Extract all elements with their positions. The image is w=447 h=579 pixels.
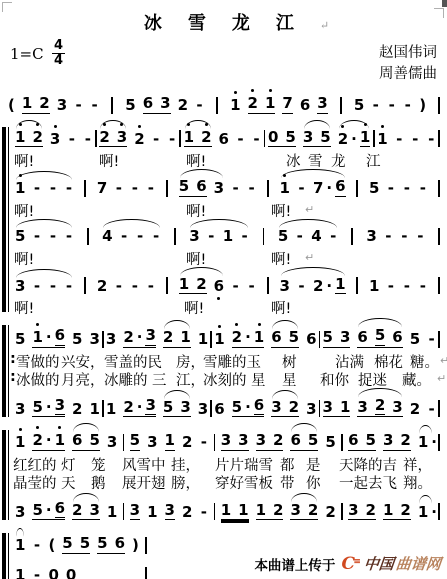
note: 5 [278, 228, 288, 245]
rest: 0 [48, 567, 58, 579]
note: 6 [115, 535, 125, 552]
duration-dash: - [130, 278, 139, 295]
site-logo: C 中国 曲谱网 [341, 553, 441, 574]
note-group: 1· [418, 504, 433, 521]
barline [319, 400, 321, 417]
duration-dash: - [32, 228, 41, 245]
note: 3 [317, 95, 327, 114]
note-group: 65 [72, 432, 100, 451]
note: 1 [214, 331, 224, 348]
note: 3 [15, 278, 25, 295]
parenthesis: ( [48, 537, 55, 554]
note: 3 [130, 502, 140, 521]
note: 4 [311, 228, 321, 245]
note-group: 5·3 [32, 397, 65, 418]
note: 6 [335, 178, 345, 197]
duration-dash: - [130, 180, 139, 197]
paragraph-mark: ↵ [320, 19, 329, 32]
note: 3 [145, 327, 155, 346]
lyric-syllable: 膀， [171, 472, 200, 493]
measure: 4--- [102, 228, 160, 245]
duration-dash: - [247, 278, 256, 295]
note-group: 31 [323, 399, 351, 418]
lyric-syllable: 啊! [14, 150, 34, 171]
system: (123--5632-1217635---) [0, 85, 447, 117]
lyric-syllable: 一起去飞 [339, 472, 397, 493]
note-group: 32 [271, 399, 299, 418]
system: 51·65332·321112·1656536565-:雪做的兴安，雪盖的民房，… [0, 317, 447, 420]
note: 5 [325, 434, 335, 451]
barline [341, 434, 343, 451]
measure: 32121· [348, 502, 433, 521]
duration-dash: - [199, 504, 208, 521]
paragraph-mark: ↵ [440, 354, 447, 367]
note: 2 [72, 502, 82, 519]
note: 6 [214, 401, 224, 418]
barline [438, 97, 440, 114]
duration-dash: - [386, 180, 395, 197]
lyric-syllable: 啊! [186, 150, 206, 171]
note: 2 [196, 276, 206, 293]
duration-dash: - [231, 278, 240, 295]
lyric-syllable: 星 [282, 369, 297, 390]
note: 5 [89, 432, 99, 449]
note: 1 [15, 537, 25, 554]
music-line: (123--5632-1217635---) [8, 85, 440, 117]
note: 1 [198, 331, 208, 348]
system: 12·16535312-333265565321·红红的灯笼风雪中挂，片片瑞雪都… [0, 422, 447, 523]
note: 1 [335, 276, 345, 295]
duration-dash: - [402, 180, 411, 197]
note: 1 [15, 180, 25, 197]
duration-dash: - [146, 278, 155, 295]
note: 1 [369, 278, 379, 295]
note-group: 1·6 [32, 327, 65, 348]
note: 1 [184, 129, 194, 146]
page-corner-mark [2, 2, 12, 12]
note-group: 1-7·6 [280, 178, 346, 197]
duration-dash: - [64, 228, 73, 245]
note-group: 5·6 [232, 397, 265, 418]
note-group: 3--- [15, 278, 73, 295]
barline [356, 277, 358, 294]
note: 2 [232, 329, 242, 346]
music-line: 1-00 [15, 557, 147, 579]
note: 2 [123, 329, 133, 346]
lyric-syllable: 啊! [14, 297, 34, 318]
lyric-syllable: 雪 [308, 150, 323, 171]
lyrics-line: 啊!啊!啊! [0, 297, 447, 315]
music-line: 35·32112·353365·6323313232- [15, 387, 440, 421]
note: 1 [106, 401, 116, 418]
duration-dash: - [386, 278, 395, 295]
lyrics-line: 啊!啊!啊!↵ [0, 200, 447, 218]
note-group: 35 [303, 129, 331, 148]
lyric-syllable: 鹅 [91, 472, 106, 493]
dot: · [46, 329, 52, 346]
note-group: 55 [62, 535, 90, 554]
duration-dash: - [64, 180, 73, 197]
lyric-syllable: 江 [366, 150, 381, 171]
note: 2 [32, 129, 42, 146]
barline [123, 503, 125, 520]
note: 6 [196, 178, 206, 195]
paragraph-mark: ↵ [305, 251, 314, 264]
barline [341, 503, 343, 520]
note: 6 [214, 278, 224, 295]
note: 5 [410, 331, 420, 348]
dot: · [137, 329, 143, 346]
note-group: 21 [248, 95, 276, 114]
note: 3 [221, 432, 231, 449]
music-line: 51·65332·321112·1656536565- [15, 317, 440, 351]
note: 7 [282, 95, 292, 114]
note-group: 32 [383, 432, 411, 451]
note: 1 [221, 502, 231, 519]
system: 123--232--126--05352·11---啊!啊!啊!冰雪龙江1---… [0, 119, 447, 316]
barline [145, 537, 147, 554]
barline [264, 130, 266, 147]
note: 7 [97, 180, 107, 197]
duration-dash: - [395, 131, 404, 148]
note: 1 [22, 95, 32, 112]
note: 3 [107, 434, 117, 451]
note: 3 [117, 129, 127, 146]
barline [174, 228, 176, 245]
parenthesis: ) [132, 537, 139, 554]
note: 2 [99, 129, 109, 146]
lyric-syllable: 天 [61, 472, 76, 493]
note: 5 [375, 327, 385, 346]
duration-dash: - [136, 228, 145, 245]
note: 1 [32, 329, 42, 346]
measure: 536565- [323, 327, 437, 348]
duration-dash: - [427, 331, 436, 348]
note-group: 563 [179, 178, 224, 197]
duration-dash: - [67, 131, 76, 148]
note: 2 [410, 401, 420, 418]
note: 5 [125, 97, 135, 114]
lyric-syllable: 啊! [271, 200, 291, 221]
measure: 12·3533 [106, 397, 208, 418]
measure: 5632- [125, 95, 204, 114]
measure: 2--- [97, 278, 155, 295]
note-group: 5·6 [32, 500, 65, 521]
duration-dash: - [32, 180, 41, 197]
measure: 1--- [377, 131, 435, 148]
note: 5 [289, 329, 299, 346]
measure: 563-- [179, 178, 256, 197]
note-group: 12 [256, 502, 284, 521]
note: 3 [303, 129, 313, 146]
note: 2 [248, 95, 258, 112]
duration-dash: - [400, 228, 409, 245]
note-group: 12 [383, 502, 411, 521]
lyric-syllable: 三 [152, 369, 167, 390]
duration-dash: - [120, 228, 129, 245]
duration-dash: - [195, 97, 204, 114]
note: 6 [219, 131, 229, 148]
measure: 126-- [179, 276, 256, 295]
duration-dash: - [32, 567, 41, 579]
duration-dash: - [295, 228, 304, 245]
note-group: 56 [97, 535, 125, 554]
parenthesis: ) [419, 97, 426, 114]
note-group: 5--- [15, 228, 73, 245]
note: 5 [32, 399, 42, 416]
lyric-syllable: 和你 [320, 369, 349, 390]
duration-dash: - [152, 228, 161, 245]
duration-dash: - [411, 131, 420, 148]
measure: 1--- [369, 278, 427, 295]
lyrics-line: 啊!啊!啊!冰雪龙江 [0, 150, 447, 168]
note: 2 [338, 131, 348, 148]
note-group: 11 [221, 502, 249, 521]
barline [214, 434, 216, 451]
lyric-syllable: 江， [176, 369, 205, 390]
note-group: 126 [179, 276, 224, 295]
note: 1 [107, 504, 117, 521]
duration-dash: - [416, 228, 425, 245]
barline [438, 503, 440, 520]
measure: 5---) [354, 97, 426, 114]
measure: 1--- [15, 180, 73, 197]
lyric-syllable: 啊! [186, 200, 206, 221]
note: 1 [418, 504, 428, 521]
note-group: 2·1 [232, 329, 265, 348]
dot: · [351, 131, 357, 148]
note: 5 [97, 535, 107, 552]
barline [438, 434, 440, 451]
note-group: 23 [99, 129, 127, 148]
note-group: 2·3 [123, 327, 156, 348]
note: 1 [377, 131, 387, 148]
barline [267, 180, 269, 197]
note: 3 [383, 432, 393, 449]
note: 4 [102, 228, 112, 245]
duration-dash: - [83, 131, 92, 148]
lyrics-line: :冰做的月亮，冰雕的三江，冰刻的星星和你捉迷藏。↵ [0, 369, 447, 387]
note: 3 [50, 131, 60, 148]
note: 2 [325, 504, 335, 521]
note-group: 1--- [15, 180, 73, 197]
measure: 121763 [230, 95, 328, 114]
note: 2 [123, 399, 133, 416]
barline [214, 503, 216, 520]
note: 1 [340, 399, 350, 416]
note: 6 [72, 432, 82, 449]
note-group: 3-2·1 [280, 276, 346, 295]
note-group: 21 [163, 329, 191, 348]
measure: 1-7·6 [280, 178, 346, 197]
note: 3 [340, 329, 350, 346]
note: 3 [165, 502, 175, 521]
note: 2 [163, 329, 173, 346]
barline [438, 331, 440, 348]
duration-dash: - [371, 97, 380, 114]
note: 2 [308, 502, 318, 519]
barline [263, 228, 265, 245]
lyric-syllable: 冰做的 [16, 369, 60, 390]
note: 3 [57, 97, 67, 114]
dot: · [46, 399, 52, 416]
note: 1 [89, 401, 99, 418]
note: 3 [366, 228, 376, 245]
note-group: 33 [221, 432, 249, 451]
measure: 3332655 [221, 432, 336, 451]
note-group: 63 [143, 95, 171, 114]
paragraph-mark: ↵ [437, 372, 446, 385]
measure: 5--- [369, 180, 427, 197]
duration-dash: - [207, 228, 216, 245]
measure: 65321· [348, 432, 433, 451]
note-group: 32 [290, 502, 318, 521]
note: 2 [32, 432, 42, 449]
dot: · [431, 504, 437, 521]
note-group: 656 [357, 327, 402, 348]
note: 1 [55, 432, 65, 449]
measure: 3-1- [189, 228, 249, 245]
lyric-syllable: 晶莹的 [13, 472, 57, 493]
dot: · [46, 502, 52, 519]
note: 5 [32, 502, 42, 519]
duration-dash: - [427, 131, 436, 148]
lyric-syllable: 捉迷 [358, 369, 387, 390]
barline [438, 180, 440, 197]
lyric-syllable: 啊! [99, 150, 119, 171]
note: 1 [179, 276, 189, 293]
note: 3 [89, 331, 99, 348]
lyric-syllable: 啊! [186, 248, 206, 269]
note: 3 [280, 278, 290, 295]
note-group: 3-1- [189, 228, 249, 245]
barline [87, 228, 89, 245]
note: 3 [392, 399, 402, 416]
note: 3 [306, 401, 316, 418]
lyric-syllable: 展开翅 [122, 472, 166, 493]
note: 3 [160, 95, 170, 112]
note: 1 [254, 329, 264, 346]
duration-dash: - [32, 278, 41, 295]
note-group: 1 [15, 537, 25, 554]
note: 6 [357, 329, 367, 346]
note: 3 [189, 228, 199, 245]
music-line: 123--232--126--05352·11--- [15, 119, 440, 151]
note: 1 [360, 129, 370, 148]
lyric-syllable: 藏。 [402, 369, 431, 390]
measure: 313232- [323, 397, 437, 418]
duration-dash: - [231, 180, 240, 197]
site-name-part1: 中国 [363, 553, 395, 574]
note: 1 [147, 504, 157, 521]
note: 6 [55, 500, 65, 519]
duration-dash: - [236, 131, 245, 148]
note: 1 [265, 95, 275, 112]
note: 5 [354, 97, 364, 114]
duration-dash: - [387, 97, 396, 114]
note-group: 53 [323, 329, 351, 348]
song-title: 冰雪龙江 [144, 13, 320, 34]
note: 3 [290, 502, 300, 519]
footer-watermark: 本曲谱上传于 C 中国 曲谱网 [254, 553, 441, 574]
note: 6 [55, 327, 65, 346]
note-group: 53 [163, 399, 191, 418]
barline [84, 180, 86, 197]
barline [267, 277, 269, 294]
dot: · [245, 329, 251, 346]
note: 3 [89, 502, 99, 519]
lyric-syllable: 翔。 [403, 472, 432, 493]
note: 2 [400, 432, 410, 449]
repeat-colon: : [10, 369, 16, 385]
duration-dash: - [403, 97, 412, 114]
measure: 32·3211 [106, 327, 208, 348]
key-signature: 1=C [10, 45, 44, 63]
music-line: 12·16535312-333265565321· [15, 422, 440, 454]
note: 5 [285, 129, 295, 146]
note: 3 [214, 180, 224, 197]
note: 5 [163, 399, 173, 416]
duration-dash: - [114, 180, 123, 197]
note: 3 [180, 399, 190, 416]
note: 1 [165, 432, 175, 451]
title-row: 冰雪龙江↵ [0, 9, 447, 35]
note-group: 323 [357, 397, 402, 418]
note: 2 [134, 131, 144, 148]
barline [373, 130, 375, 147]
note-group: 12 [179, 276, 207, 295]
note: 7 [313, 180, 323, 197]
dot: · [326, 180, 332, 197]
note: 2 [72, 401, 82, 418]
note: 3 [15, 504, 25, 521]
barline [340, 97, 342, 114]
note: 6 [271, 329, 281, 346]
duration-dash: - [146, 180, 155, 197]
measure: 1-00 [15, 567, 76, 579]
barline [84, 277, 86, 294]
duration-dash: - [402, 278, 411, 295]
paragraph-mark: ↵ [305, 203, 314, 216]
lyric-syllable: 你 [306, 472, 321, 493]
note: 6 [290, 432, 300, 449]
meter-denominator: 4 [52, 54, 65, 68]
barline [111, 97, 113, 114]
music-line: 35·62313132-111232232121· [15, 490, 440, 524]
lyrics-line: 晶莹的天鹅展开翅膀，穿好雪板带你一起去飞翔。 [0, 472, 447, 490]
barline [102, 331, 104, 348]
score: (123--5632-1217635---)123--232--126--053… [0, 85, 447, 579]
measure: 3-2·1 [280, 276, 346, 295]
dot: · [431, 434, 437, 451]
measure: 1112322 [221, 502, 336, 521]
note-group: 2·3 [123, 397, 156, 418]
note: 2 [273, 432, 283, 449]
duration-dash: - [48, 180, 57, 197]
note: 3 [348, 502, 358, 519]
music-line: 1-(5556) [15, 525, 147, 557]
measure: 3--- [15, 278, 73, 295]
lyrics-line: 啊!啊!啊!↵ [0, 248, 447, 266]
barline [102, 400, 104, 417]
measure: 123-- [15, 129, 92, 148]
note: 6 [143, 95, 153, 112]
dot: · [137, 399, 143, 416]
note-group: 65 [271, 329, 299, 348]
measure: 5-4- [278, 228, 338, 245]
site-name-part2: 曲谱网 [395, 553, 442, 574]
note: 2 [97, 278, 107, 295]
